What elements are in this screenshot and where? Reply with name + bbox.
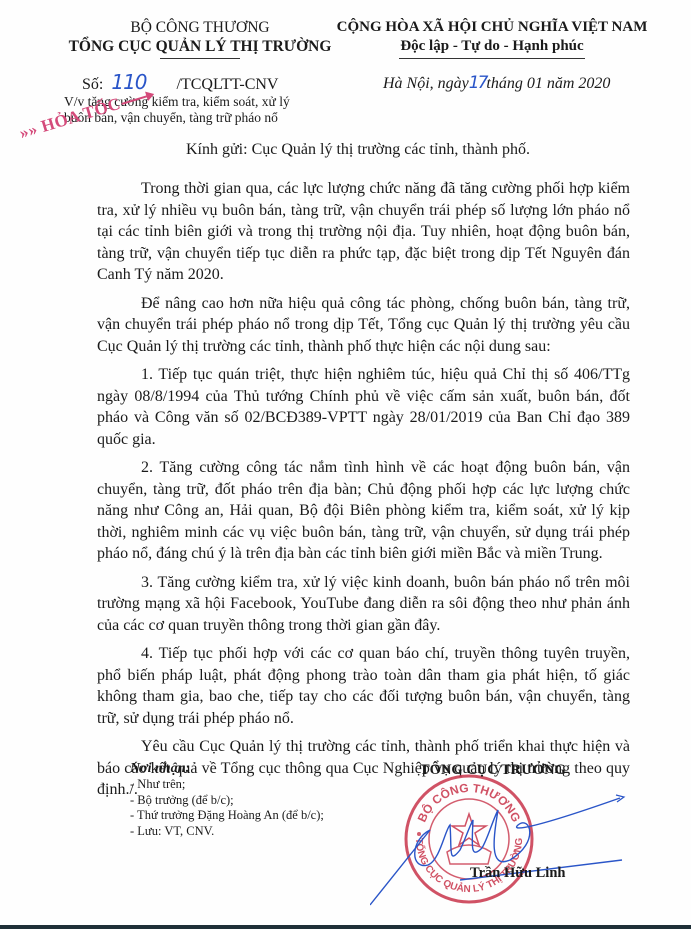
date-prefix: Hà Nội, ngày (383, 75, 469, 92)
body-paragraph: 1. Tiếp tục quán triệt, thực hiện nghiêm… (97, 364, 630, 450)
national-header: CỘNG HÒA XÃ HỘI CHỦ NGHĨA VIỆT NAM Độc l… (332, 18, 652, 59)
body-paragraph: Trong thời gian qua, các lực lượng chức … (97, 178, 630, 286)
body-paragraph: Để nâng cao hơn nữa hiệu quả công tác ph… (97, 293, 630, 358)
greeting: Kính gửi: Cục Quản lý thị trường các tỉn… (186, 141, 530, 159)
bottom-bar (0, 925, 691, 929)
arrow-icon (121, 95, 148, 105)
issuer-header: BỘ CÔNG THƯƠNG TỔNG CỤC QUẢN LÝ THỊ TRƯỜ… (60, 18, 340, 59)
handwritten-day: 17 (469, 73, 487, 93)
signer-name: Trần Hữu Linh (470, 865, 565, 882)
date-suffix: tháng 01 năm 2020 (486, 75, 610, 92)
document-number: Số: 110 /TCQLTT-CNV (82, 70, 278, 94)
motto-rule (399, 58, 585, 59)
recipients-title: Nơi nhận: (130, 760, 324, 777)
nation-name: CỘNG HÒA XÃ HỘI CHỦ NGHĨA VIỆT NAM (332, 18, 652, 37)
national-motto: Độc lập - Tự do - Hạnh phúc (332, 37, 652, 56)
recipients-block: Nơi nhận: - Như trên; - Bộ trưởng (để b/… (130, 760, 324, 839)
document-date: Hà Nội, ngày17tháng 01 năm 2020 (383, 73, 610, 93)
body-paragraph: 2. Tăng cường công tác nắm tình hình về … (97, 457, 630, 565)
number-suffix: /TCQLTT-CNV (177, 76, 279, 93)
document-body: Trong thời gian qua, các lực lượng chức … (97, 178, 630, 808)
agency-name: TỔNG CỤC QUẢN LÝ THỊ TRƯỜNG (60, 37, 340, 56)
recipient-item: - Bộ trưởng (để b/c); (130, 793, 324, 809)
number-label: Số: (82, 76, 103, 93)
body-paragraph: 3. Tăng cường kiểm tra, xử lý việc kinh … (97, 572, 630, 637)
recipient-item: - Lưu: VT, CNV. (130, 824, 324, 840)
ministry-name: BỘ CÔNG THƯƠNG (60, 18, 340, 37)
header-rule (160, 58, 240, 59)
recipient-item: - Thứ trưởng Đặng Hoàng An (để b/c); (130, 808, 324, 824)
body-paragraph: 4. Tiếp tục phối hợp với các cơ quan báo… (97, 643, 630, 729)
recipient-item: - Như trên; (130, 777, 324, 793)
chevron-arrow-icon: »» (17, 119, 40, 142)
handwritten-signature-icon (370, 770, 670, 920)
document-page: BỘ CÔNG THƯƠNG TỔNG CỤC QUẢN LÝ THỊ TRƯỜ… (0, 0, 691, 925)
